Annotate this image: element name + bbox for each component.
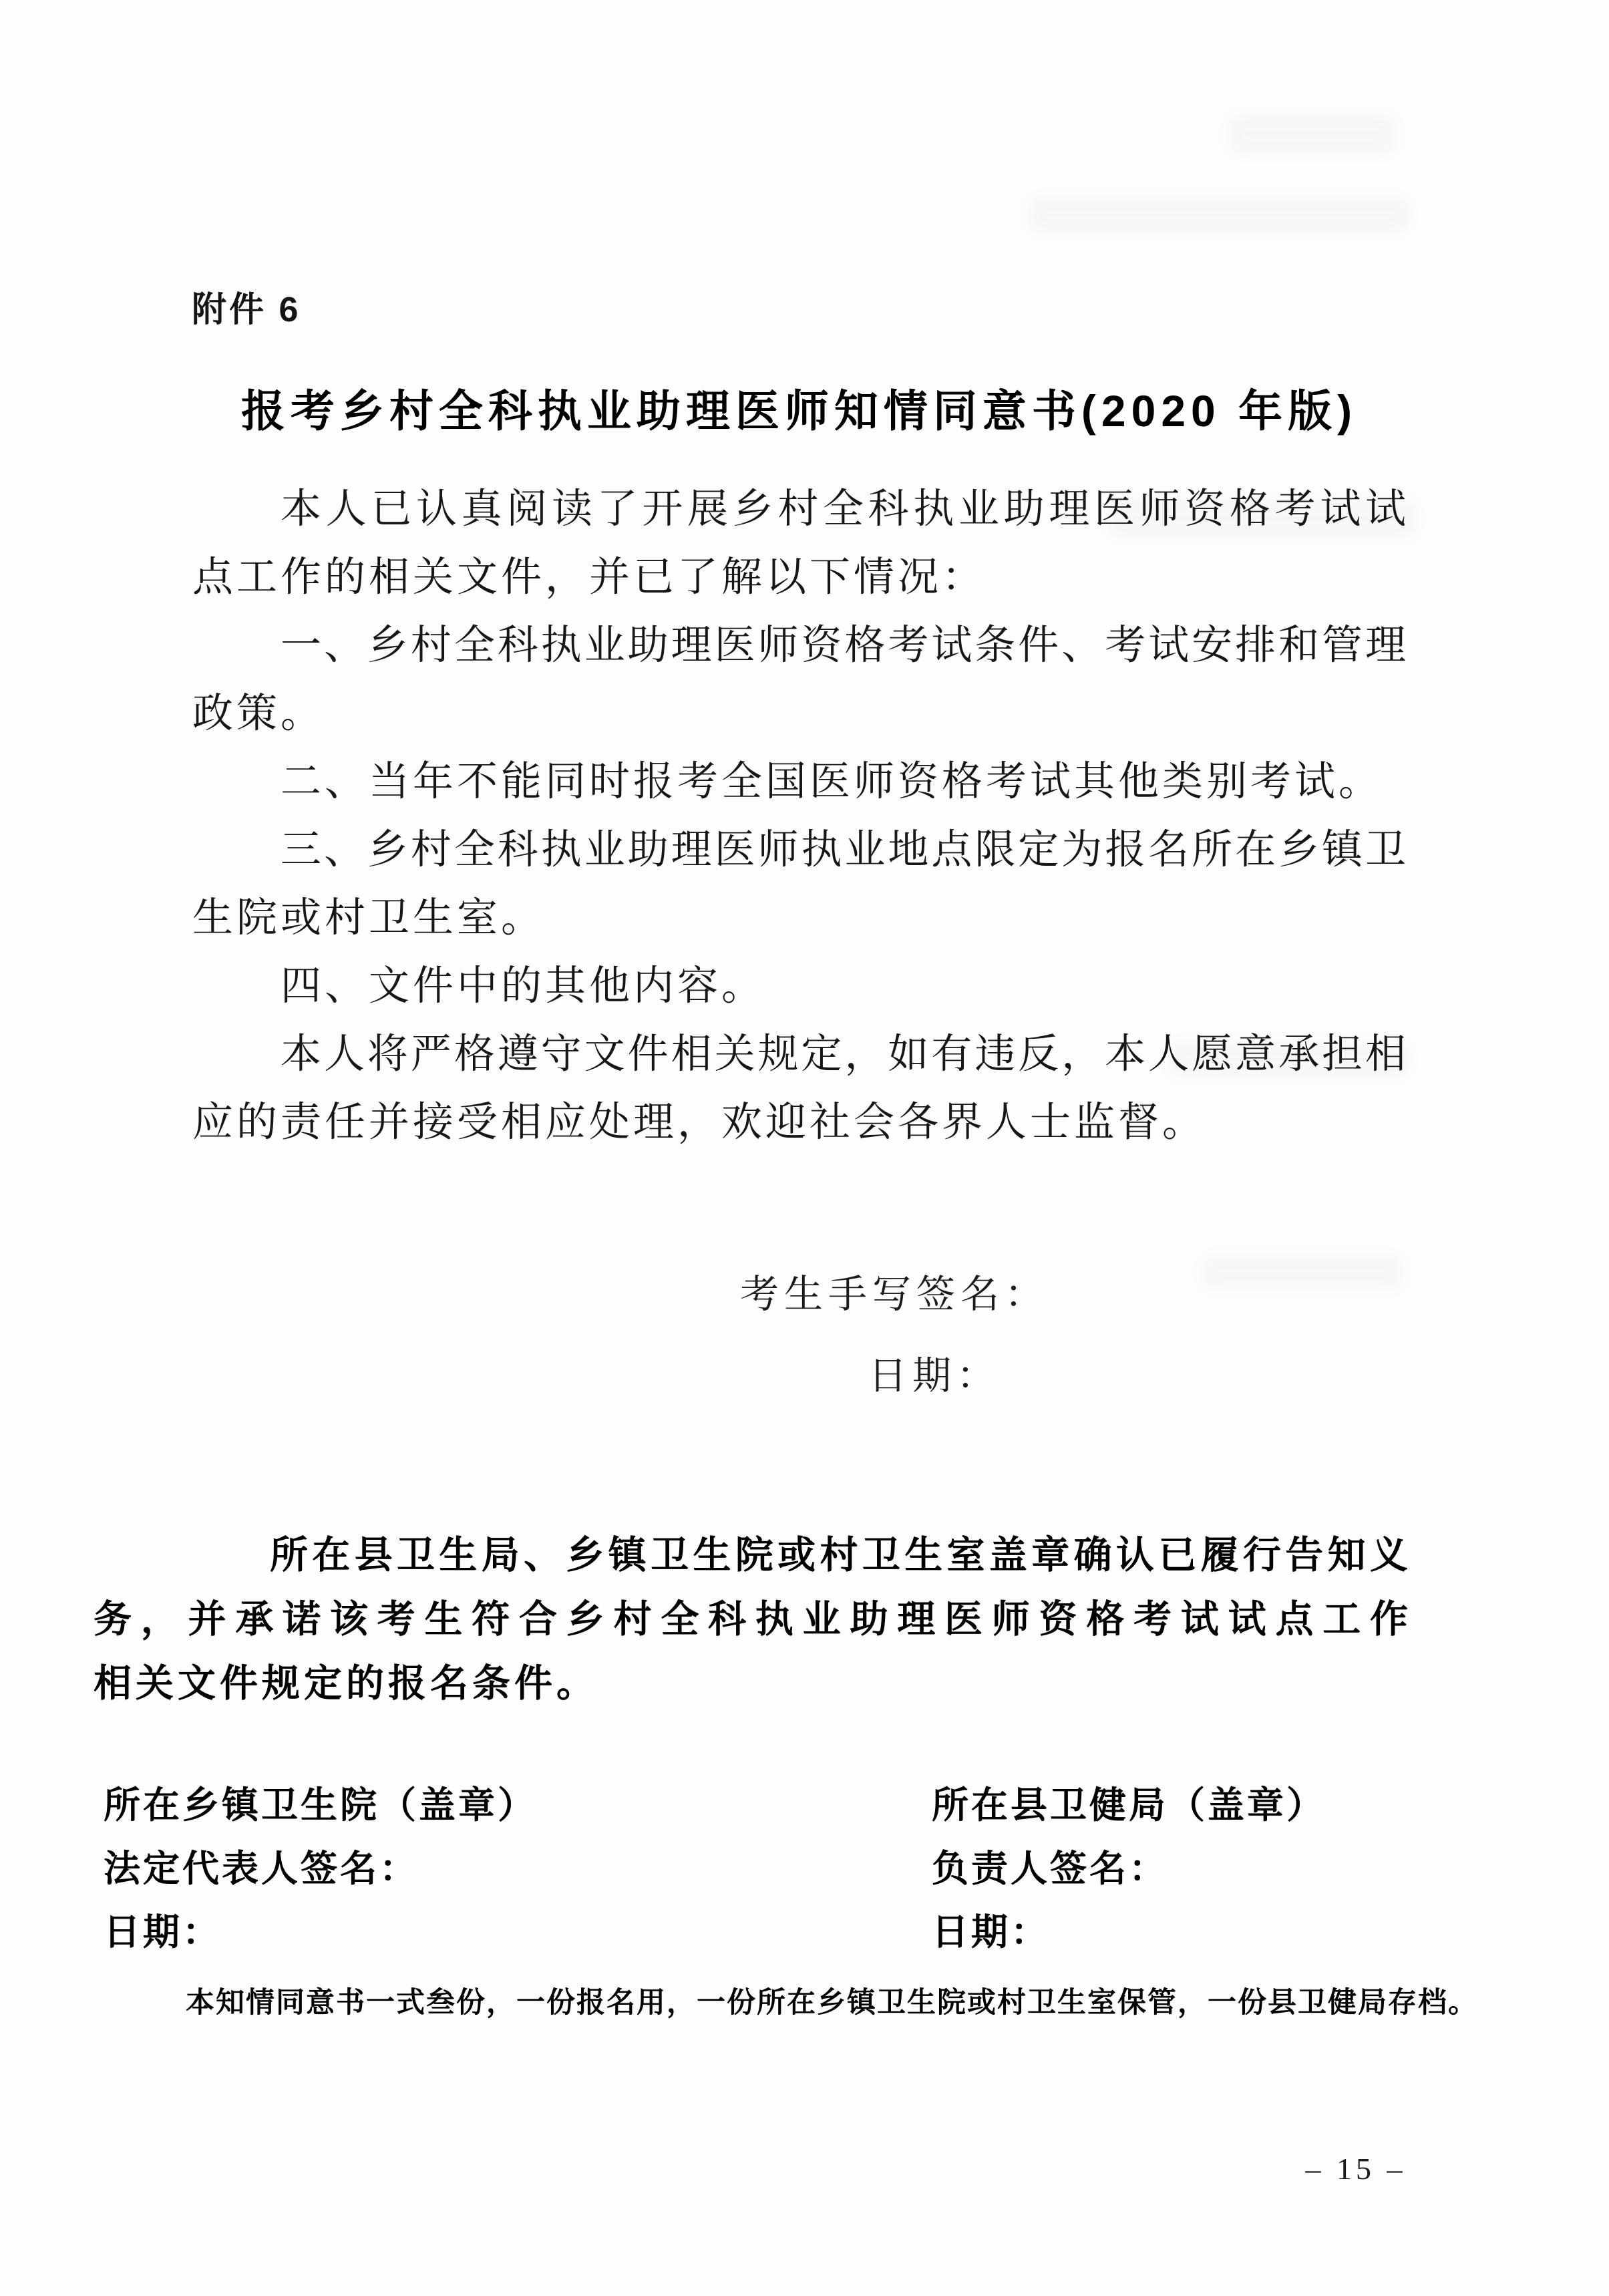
confirmation-paragraph: 所在县卫生局、乡镇卫生院或村卫生室盖章确认已履行告知义 务，并承诺该考生符合乡村…: [94, 1523, 1408, 1715]
township-org-label: 所在乡镇卫生院（盖章）: [104, 1774, 537, 1837]
body-line: 生院或村卫生室。: [192, 884, 1406, 953]
body-line: 四、文件中的其他内容。: [192, 953, 1406, 1021]
county-signature-block: 所在县卫健局（盖章） 负责人签名： 日期：: [932, 1774, 1326, 1964]
body-line: 二、当年不能同时报考全国医师资格考试其他类别考试。: [192, 748, 1406, 816]
county-org-label: 所在县卫健局（盖章）: [932, 1774, 1326, 1837]
scan-bleed-artifact: [1229, 115, 1396, 154]
attachment-label: 附件 6: [192, 286, 301, 334]
confirmation-line: 务，并承诺该考生符合乡村全科执业助理医师资格考试试点工作: [94, 1587, 1408, 1651]
document-title: 报考乡村全科执业助理医师知情同意书(2020 年版): [192, 381, 1406, 441]
body-line: 本人已认真阅读了开展乡村全科执业助理医师资格考试试: [192, 476, 1406, 544]
scanned-document-page: 附件 6 报考乡村全科执业助理医师知情同意书(2020 年版) 本人已认真阅读了…: [0, 0, 1609, 2296]
scan-bleed-artifact: [1029, 198, 1409, 232]
page-number: – 15 –: [1269, 2146, 1443, 2192]
body-line: 点工作的相关文件，并已了解以下情况：: [192, 544, 1406, 612]
confirmation-line: 所在县卫生局、乡镇卫生院或村卫生室盖章确认已履行告知义: [94, 1523, 1408, 1587]
county-date-label: 日期：: [932, 1901, 1326, 1964]
body-line: 三、乡村全科执业助理医师执业地点限定为报名所在乡镇卫: [192, 816, 1406, 884]
candidate-signature-label: 考生手写签名：: [740, 1268, 1049, 1321]
scan-bleed-artifact: [1202, 1256, 1403, 1289]
township-date-label: 日期：: [104, 1901, 537, 1964]
confirmation-line: 相关文件规定的报名条件。: [94, 1651, 1408, 1715]
candidate-date-label: 日期：: [868, 1349, 1001, 1403]
body-line: 一、乡村全科执业助理医师资格考试条件、考试安排和管理: [192, 612, 1406, 680]
township-sign-label: 法定代表人签名：: [104, 1837, 537, 1901]
footnote: 本知情同意书一式叁份，一份报名用，一份所在乡镇卫生院或村卫生室保管，一份县卫健局…: [186, 1976, 1478, 2029]
body-line: 应的责任并接受相应处理，欢迎社会各界人士监督。: [192, 1089, 1406, 1157]
county-sign-label: 负责人签名：: [932, 1837, 1326, 1901]
body-line: 政策。: [192, 680, 1406, 748]
body-line: 本人将严格遵守文件相关规定，如有违反，本人愿意承担相: [192, 1021, 1406, 1089]
township-signature-block: 所在乡镇卫生院（盖章） 法定代表人签名： 日期：: [104, 1774, 537, 1964]
body-text: 本人已认真阅读了开展乡村全科执业助理医师资格考试试 点工作的相关文件，并已了解以…: [192, 476, 1406, 1157]
